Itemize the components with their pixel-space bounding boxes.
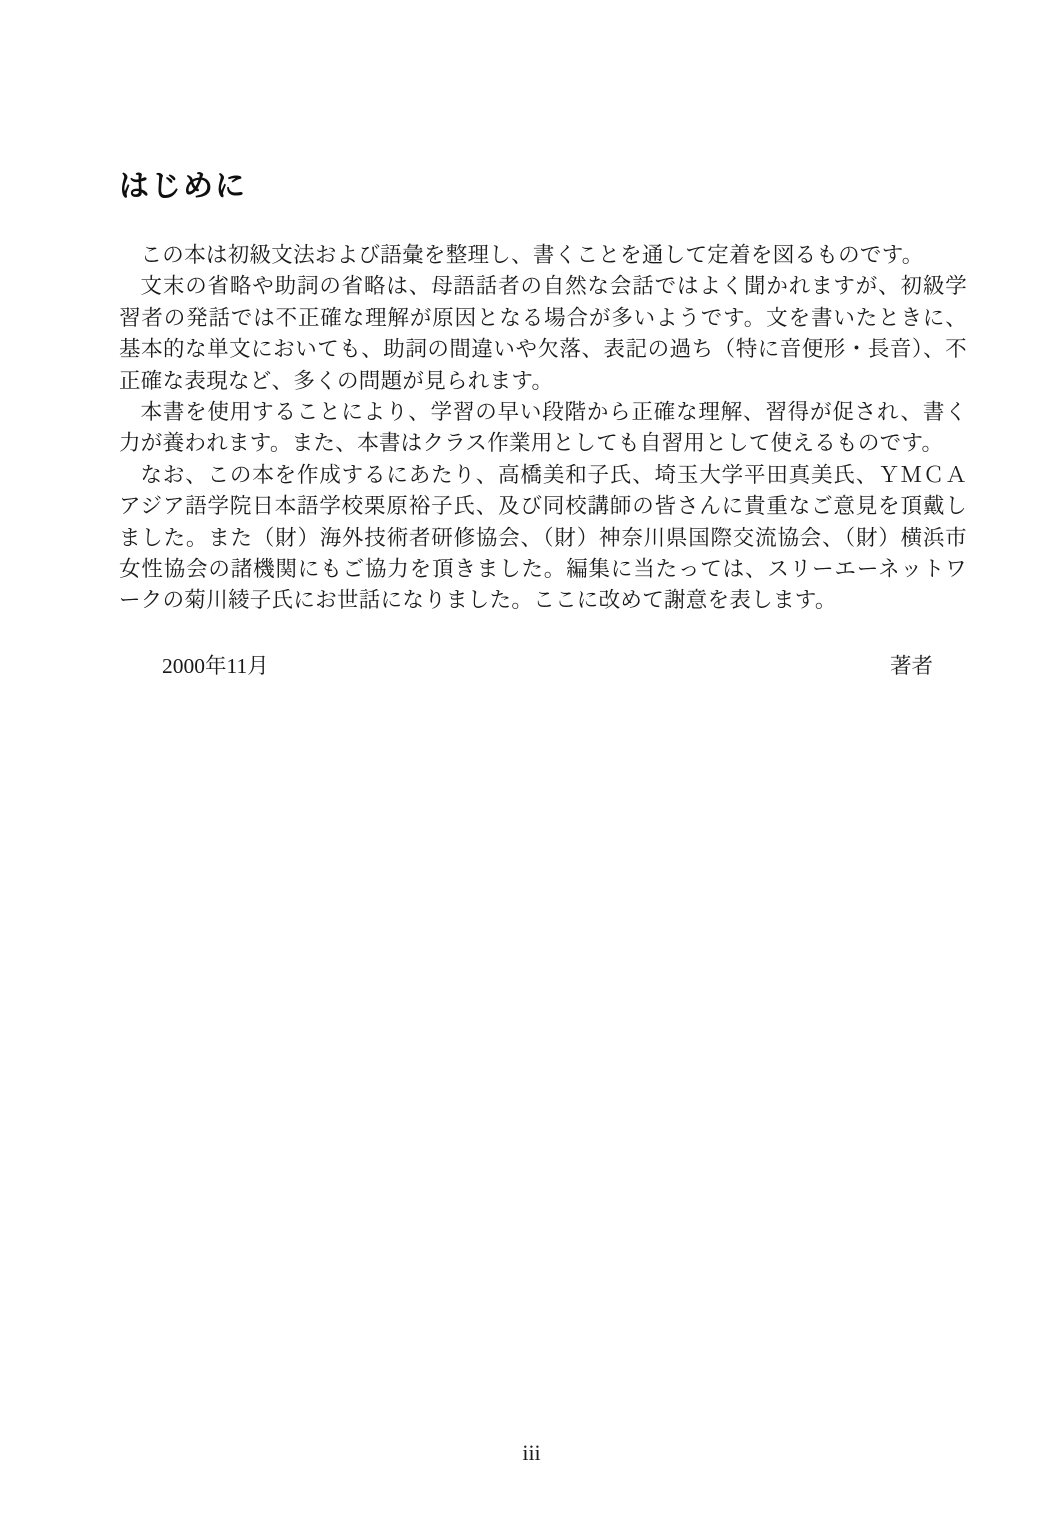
author-label: 著者: [890, 651, 933, 682]
page-number: iii: [0, 1440, 1063, 1466]
signature-row: 2000年11月 著者: [119, 651, 967, 682]
preface-title: はじめに: [119, 170, 967, 204]
preface-paragraph-3: 本書を使用することにより、学習の早い段階から正確な理解、習得が促され、書く力が養…: [119, 397, 967, 460]
preface-content: はじめに この本は初級文法および語彙を整理し、書くことを通して定着を図るものです…: [119, 170, 967, 682]
preface-paragraph-2: 文末の省略や助詞の省略は、母語話者の自然な会話ではよく聞かれますが、初級学習者の…: [119, 271, 967, 397]
preface-paragraph-4: なお、この本を作成するにあたり、高橋美和子氏、埼玉大学平田真美氏、ＹＭＣＡアジア…: [119, 460, 967, 617]
scanned-book-page: はじめに この本は初級文法および語彙を整理し、書くことを通して定着を図るものです…: [0, 0, 1063, 1536]
preface-paragraph-1: この本は初級文法および語彙を整理し、書くことを通して定着を図るものです。: [119, 240, 967, 271]
publication-date: 2000年11月: [162, 651, 269, 682]
